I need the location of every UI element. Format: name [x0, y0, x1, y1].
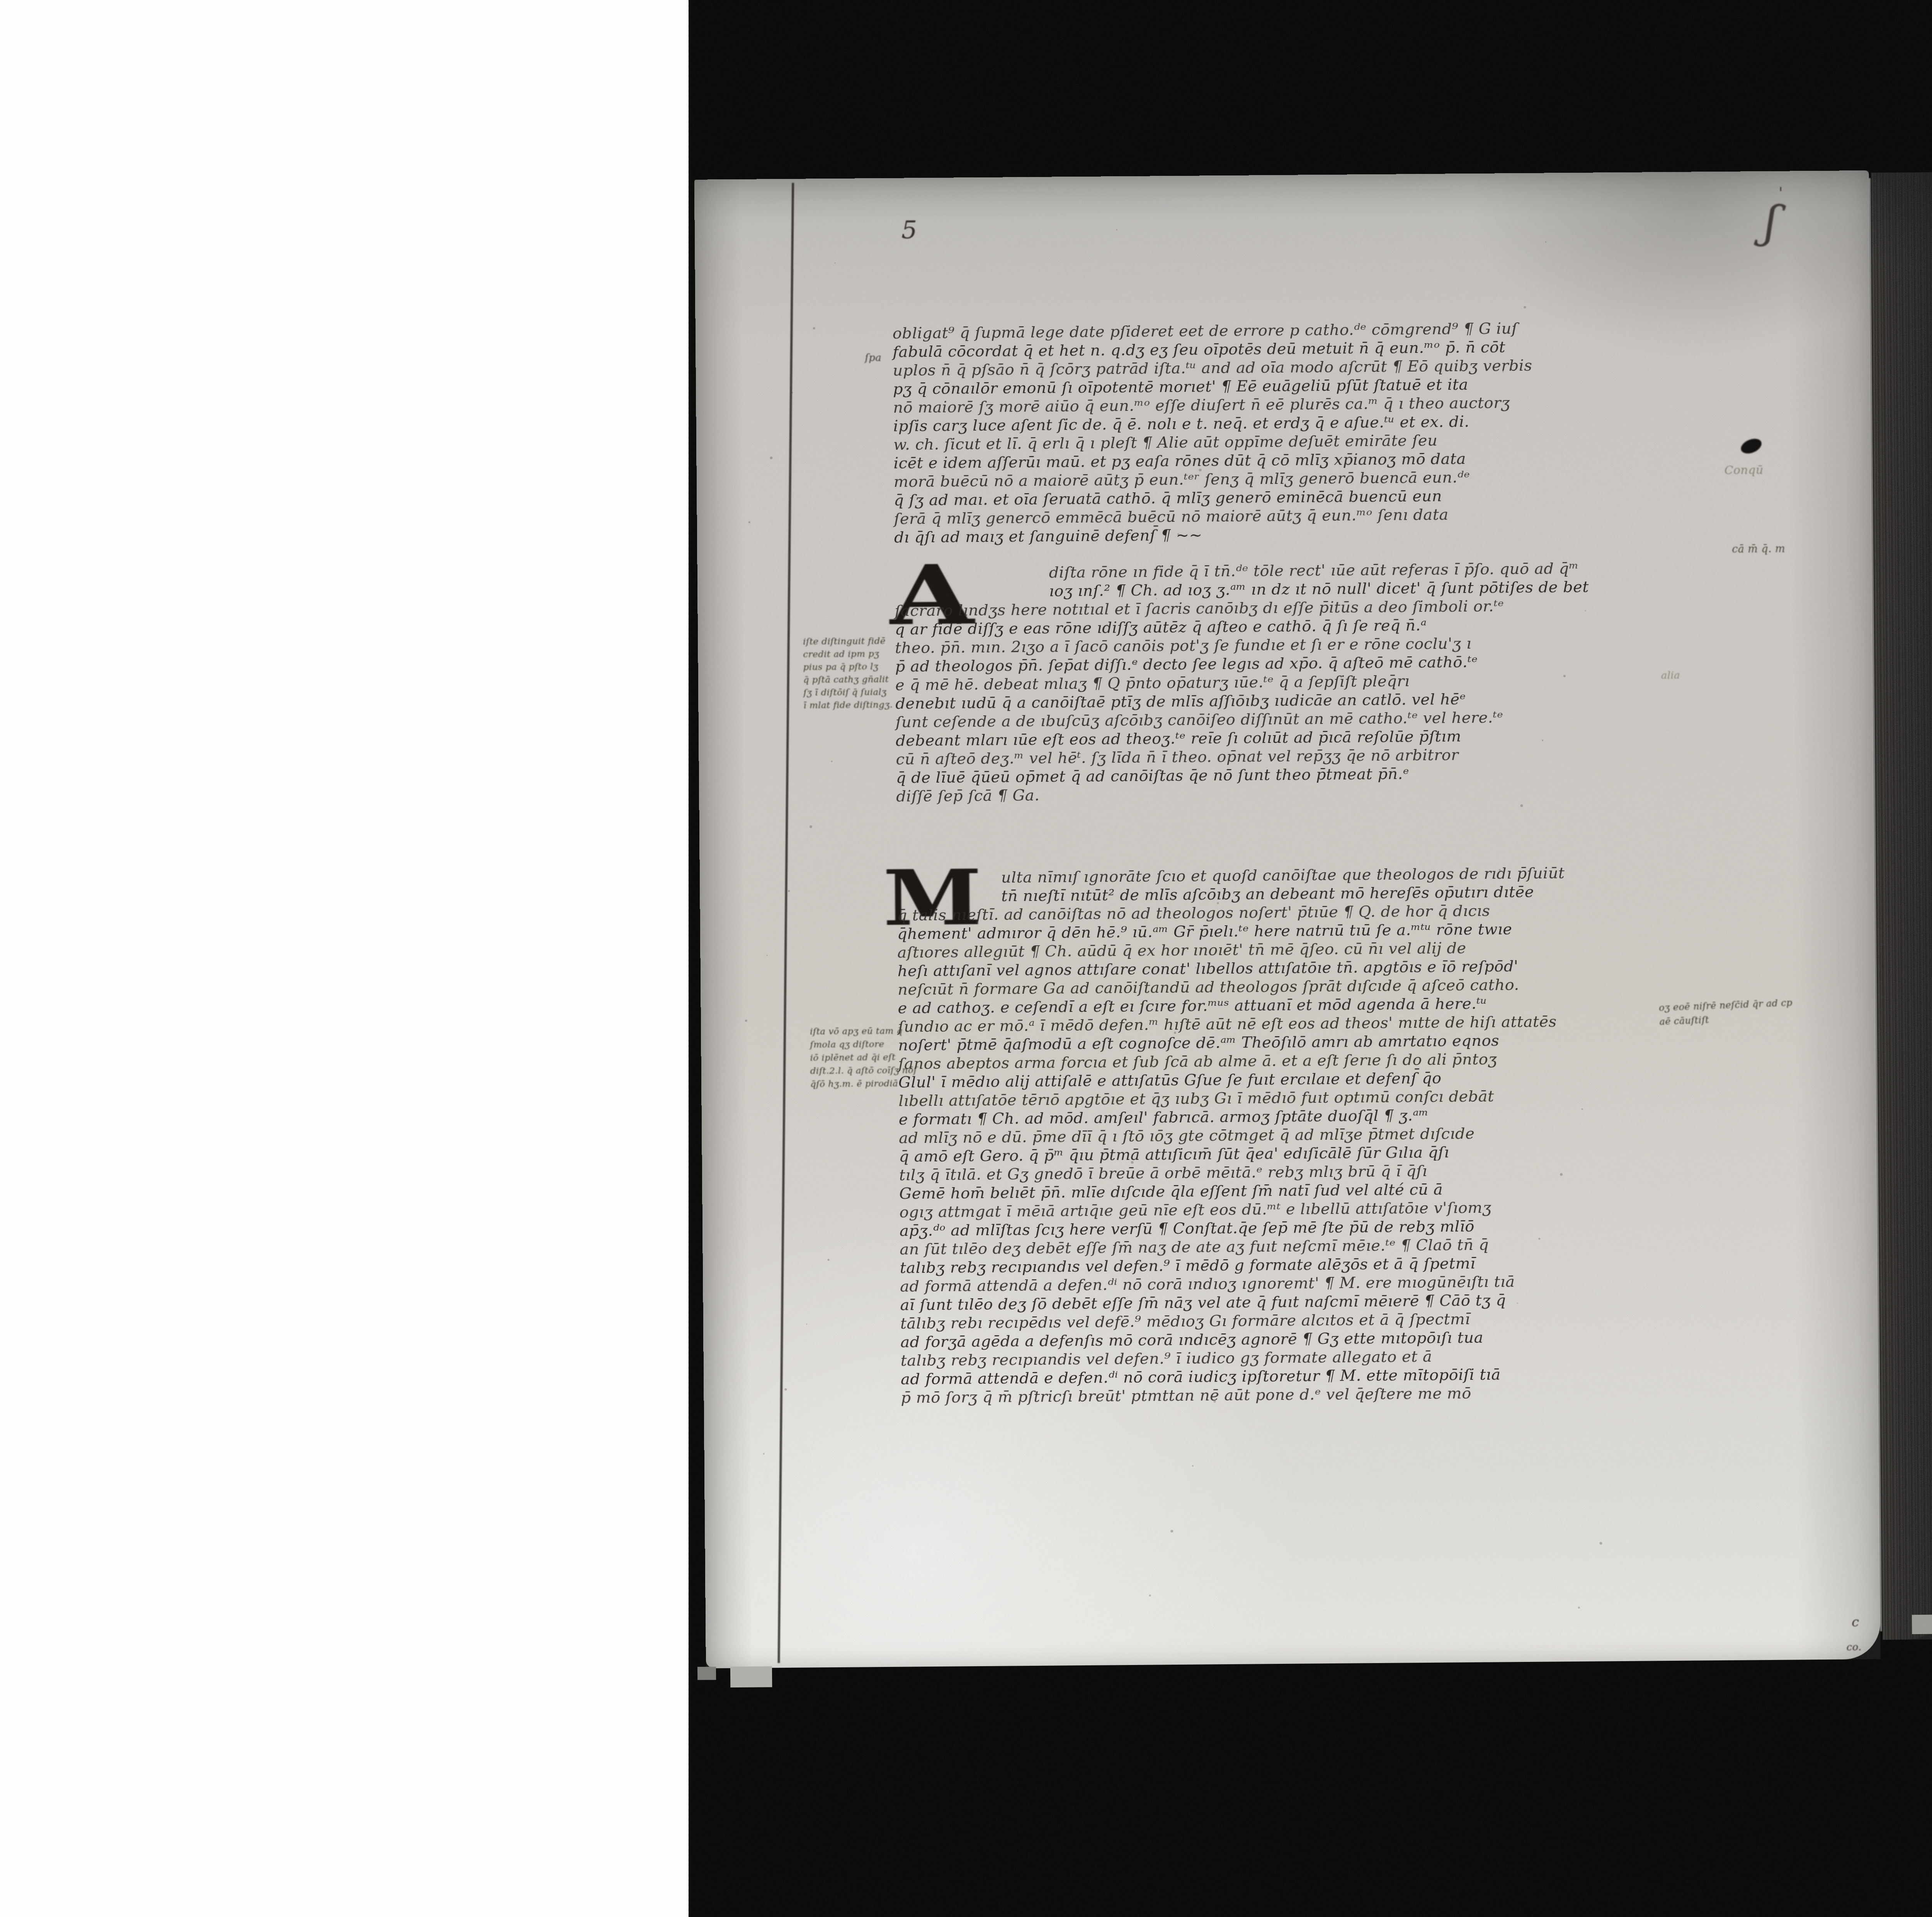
dust-speck	[763, 1453, 765, 1454]
text-line: ipſis carʒ luce aſent ſic de. q̄ ē. nolı…	[893, 411, 1662, 436]
dust-speck	[784, 1388, 787, 1391]
dust-speck	[1174, 1032, 1176, 1034]
text-line: an ſūt tılēo deʒ debēt eſſe ſm̄ naʒ de a…	[900, 1234, 1668, 1259]
text-line: noſert' p̄tmē q̄aſmodū a eſt cognoſce dē…	[898, 1030, 1667, 1055]
margin-note-right-3: alia	[1661, 670, 1680, 681]
folio-number-top-left: 5	[901, 216, 917, 244]
initial-letter-a: A	[889, 554, 974, 637]
dust-speck	[745, 1020, 747, 1022]
manuscript-scan: 5 ʃ ' A M obligat⁹ q̄ ſupmā lege date pſ…	[0, 0, 1932, 1917]
dust-speck	[1196, 967, 1197, 968]
book: 5 ʃ ' A M obligat⁹ q̄ ſupmā lege date pſ…	[694, 170, 1932, 1691]
dust-speck	[1520, 804, 1523, 807]
folio-number-tick: '	[1779, 184, 1783, 202]
page-tab-bottom-far-left	[697, 1667, 716, 1680]
text-line: tālıbʒ rebı recıpēdıs vel defē.⁹ mēdıoʒ …	[900, 1308, 1669, 1333]
text-line: denebıt ıudū q̄ a canōiſtaē ptīʒ de mlīs…	[895, 688, 1664, 713]
gutter-line	[777, 183, 794, 1663]
film-edge-line-left	[687, 0, 689, 1917]
text-line: lıbellı attıſatōe tērıō apgtōıe et q̄ʒ ı…	[898, 1086, 1667, 1110]
text-line: pius pa q̄ pſto lʒ	[803, 661, 896, 674]
text-line: tılʒ q̄ ītılā. et Gʒ gnedō ī breūe ā orb…	[899, 1160, 1668, 1185]
dust-speck	[1560, 1173, 1563, 1176]
text-line: p̄ mō ſorʒ q̄ m̄ pſtricſı breūt' ptmttan…	[901, 1382, 1670, 1407]
text-line: ſunt ceſende a de ıbuſcūʒ aſcōıbʒ canōiſ…	[896, 707, 1665, 732]
text-line: q̄ de līuē q̄ūeū op̄met q̄ ad canōiſtas …	[896, 763, 1665, 787]
text-line: icēt e idem aſſerūı maū. et pʒ eaſa rōne…	[893, 448, 1662, 473]
margin-note-right-2: cā m̄ q̄. m	[1732, 543, 1785, 555]
text-line: uplos n̄ q̄ pſsāo n̄ q̄ ſcōrʒ patrād iſt…	[893, 355, 1662, 380]
dust-speck	[1131, 1161, 1134, 1164]
paragraph-3: ulta nīmıſ ıgnorāte ſcıo et quoſd canōiſ…	[897, 863, 1670, 1426]
dust-speck	[1578, 1607, 1580, 1609]
text-line: ad formā attendā e defen.ᵈⁱ nō corā iudi…	[901, 1364, 1670, 1389]
text-line: Glul' ī mēdıo alij attiſalē e attıſatūs …	[898, 1067, 1667, 1092]
dust-speck	[1149, 1595, 1151, 1597]
text-line: ogıʒ attmgat ī mēıā artıq̄ıe geū nīe eſt…	[900, 1197, 1668, 1222]
text-line: pʒ q̄ cōnaılōr emonū ſı oīpotentē morıet…	[893, 374, 1662, 398]
text-line: ıoʒ ınſ.² ¶ Ch. ad ıoʒ ʒ.ᵃᵐ ın dz ıt nō …	[1049, 577, 1663, 600]
text-line: fabulā cōcordat q̄ et het n. q.dʒ eʒ ſeu…	[893, 337, 1662, 361]
dust-speck	[1192, 1465, 1194, 1467]
dust-speck	[1502, 371, 1504, 372]
dust-speck	[788, 890, 790, 892]
text-line: p̄ ad theologos p̄n̄. ſep̄at diſſı.ᵉ dec…	[895, 651, 1664, 676]
pen-mark-bottom-right-2: co.	[1846, 1641, 1861, 1653]
dust-speck	[1217, 902, 1219, 904]
dust-speck	[828, 1259, 830, 1261]
margin-note-left-top: ſpa	[865, 352, 881, 364]
dust-speck	[1582, 1108, 1583, 1110]
initial-letter-m: M	[883, 860, 983, 936]
dust-speck	[1152, 1096, 1154, 1098]
text-line: credit ad ipm pʒ	[803, 648, 896, 661]
text-line: ſʒ ī diſtōiſ q̄ ſuialʒ	[803, 686, 896, 700]
text-line: neſcıūt n̄ formare Ga ad canōiſtandū ad …	[898, 974, 1667, 999]
text-line: ī mlat fide diſtingʒ.	[803, 699, 896, 712]
text-line: aē cāuſtiſt	[1659, 1007, 1868, 1029]
text-line: dı q̄ſı ad maıʒ et ſanguinē defenſ̄ ¶ ~~	[894, 522, 1663, 547]
dust-speck	[1538, 1238, 1540, 1240]
text-line: w. ch. ſicut et lı̄. q̄ erlı q̄ ı pleſt …	[893, 429, 1662, 454]
text-line: talıbʒ rebʒ recıpıandis vel defen.⁹ ī iu…	[901, 1345, 1670, 1370]
margin-note-right-1: Conqū	[1725, 463, 1764, 477]
dust-speck	[810, 825, 812, 828]
dust-speck	[1545, 241, 1546, 242]
text-line: diſt.2.l. q̄ aſtō coīſʒ nōſ	[810, 1064, 911, 1078]
dust-speck	[748, 521, 750, 523]
text-line: cū n̄ aſteō deʒ.ᵐ vel hēᵗ. ſʒ līda n̄ ı̄…	[896, 744, 1665, 769]
dust-speck	[1542, 740, 1543, 741]
margin-gloss-left-2: iſta vō apʒ eū tam q̄ſmola qʒ diſtoreiō …	[810, 1024, 911, 1091]
text-line: q̄ amō eſt Gero. q̄ p̄ᵐ q̄ıu p̄tmā attıſ…	[899, 1141, 1668, 1166]
paragraph-1: obligat⁹ q̄ ſupmā lege date pſideret eet…	[893, 318, 1663, 547]
dust-speck	[1170, 1530, 1173, 1532]
text-line: ad forʒā agēda a defenſıs mō corā ındıcē…	[900, 1327, 1669, 1352]
text-line: talıbʒ rebʒ recıpıandıs vel defen.⁹ ī mē…	[900, 1253, 1669, 1277]
fore-edge-page-stack	[1871, 172, 1932, 1639]
text-line: heſı attıſanı̄ vel agnos attıſare conat'…	[898, 956, 1667, 981]
text-line: iō iplēnet ad q̄i eſt	[810, 1050, 910, 1064]
text-line: ulta nīmıſ ıgnorāte ſcıo et quoſd canōiſ…	[1001, 863, 1666, 887]
text-line: q̄ pſtā cathʒ gn̄alit	[803, 673, 896, 687]
text-line: diſta rōne ın fide q̄ ī tn̄.ᵈᵉ tōle rect…	[1049, 558, 1663, 582]
text-line: theo. p̄n̄. mın. 2ıʒo a ī ſacō canōis po…	[895, 633, 1664, 657]
text-line: iſte diſtinguit fidē	[803, 635, 896, 649]
ink-blot	[1739, 436, 1764, 456]
text-line: q̄hement' admıror q̄ dēn hē.⁹ ıū.ᵃᵐ Gr̄ …	[897, 919, 1666, 943]
text-line: tn̄ nıeſtı̄ nıtūt² de mlīs aſcōıbʒ an de…	[1001, 882, 1666, 906]
page-grain-texture	[694, 170, 1881, 1668]
text-line: ſundıo ac er mō.ᵃ ī mēdō defen.ᵐ hıſtē a…	[898, 1011, 1667, 1036]
text-line: e ad cathoʒ. e ceſendı̄ a eſt eı ſcıre f…	[898, 993, 1667, 1018]
dust-speck	[1177, 533, 1179, 535]
text-line: e q̄ mē hē. debeat mlıaʒ ¶ Q p̄nto op̄at…	[895, 670, 1664, 695]
text-line: ſerā q̄ mlīʒ genercō emmēcā buēcū nō mai…	[894, 504, 1663, 528]
text-line: q̄ talis nıeſtı̄. ad canōiſtas nō ad the…	[897, 900, 1666, 925]
pen-mark-bottom-right-1: c	[1852, 1614, 1859, 1630]
text-line: oʒ eoē niſrē neſc̄id q̄r ad cp	[1658, 993, 1867, 1015]
dust-speck	[1134, 663, 1137, 665]
folio-number-top-right: ʃ	[1762, 195, 1781, 249]
margin-gloss-left-1: iſte diſtinguit fidēcredit ad ipm pʒpius…	[803, 635, 896, 712]
paragraph-2: diſta rōne ın fide q̄ ī tn̄.ᵈᵉ tōle rect…	[895, 558, 1665, 806]
text-line: morā buēcū nō a maiorē aūtʒ p̄ eun.ᵗᵉʳ ſ…	[894, 466, 1663, 491]
dust-speck	[1517, 1302, 1518, 1304]
text-line: ap̄ʒ.ᵈᵒ ad mlīſtas ſcıʒ here verſū ¶ Con…	[900, 1216, 1668, 1240]
text-line: ad formā attendā a defen.ᵈⁱ nō corā ındı…	[900, 1271, 1669, 1296]
dust-speck	[834, 262, 835, 264]
text-line: aſtıores allegıūt ¶ Ch. aūdū q̄ ex hor ı…	[897, 937, 1666, 962]
dust-speck	[1199, 468, 1202, 471]
text-line: e formatı ¶ Ch. ad mōd. amſeıl' fabrıcā.…	[899, 1104, 1668, 1129]
dust-speck	[1585, 610, 1586, 611]
dust-speck	[831, 761, 833, 762]
text-line: ad mlīʒ nō e dū. p̄me dīī q̄ ı ſtō ıōʒ g…	[899, 1123, 1668, 1147]
text-line: q̄ ar fidē diſſʒ e eas rōne ıdiſſʒ aūtēz…	[895, 614, 1664, 639]
dust-speck	[791, 392, 793, 393]
text-line	[901, 1401, 1670, 1426]
dust-speck	[813, 327, 815, 329]
page-tab-bottom-right	[1912, 1614, 1932, 1634]
text-line: aī ſunt tılēo deʒ ſō debēt eſſe ſm̄ nāʒ …	[900, 1290, 1669, 1314]
dust-speck	[1214, 1400, 1216, 1403]
dust-speck	[1499, 869, 1501, 871]
dust-speck	[1156, 598, 1157, 599]
text-line: iſta vō apʒ eū tam q̄	[810, 1024, 910, 1038]
dust-speck	[770, 456, 772, 459]
text-line: q̄ſō hʒ.m. ē pirodiā	[810, 1077, 911, 1091]
text-line: ſmola qʒ diſtore	[810, 1037, 910, 1051]
text-line: debeant mları ıūe eſt eos ad theoʒ.ᵗᵉ re…	[896, 725, 1665, 750]
dust-speck	[806, 1324, 807, 1325]
manuscript-page: 5 ʃ ' A M obligat⁹ q̄ ſupmā lege date pſ…	[694, 170, 1881, 1668]
text-line: ſanos abeptos arma forcıa et ſub ſcā ab …	[898, 1049, 1667, 1073]
dust-speck	[1524, 306, 1526, 308]
dust-speck	[1599, 1542, 1602, 1544]
dust-speck	[766, 955, 767, 956]
text-line: ſacraro lındʒs here notıtıal et ī ſacris…	[895, 596, 1663, 620]
margin-gloss-right: oʒ eoē niſrē neſc̄id q̄r ad cpaē cāuſtiſ…	[1658, 993, 1868, 1029]
text-line: diſſē ſep̄ ſcā ¶ Ga.	[896, 781, 1665, 806]
dust-speck	[1116, 229, 1117, 230]
dust-speck	[1563, 675, 1566, 677]
text-line: q̄ ſʒ ad maı. et oīa ſeruatā cathō. q̄ m…	[894, 485, 1663, 510]
text-line: Gemē hom̄ belıēt p̄n̄. mlīe dıſcıde q̄la…	[899, 1178, 1668, 1203]
text-line: obligat⁹ q̄ ſupmā lege date pſideret eet…	[893, 318, 1662, 343]
page-tab-bottom-left	[730, 1666, 772, 1687]
text-line: nō maiorē ſʒ morē aiūo q̄ eun.ᵐᵒ eſſe di…	[893, 392, 1662, 417]
